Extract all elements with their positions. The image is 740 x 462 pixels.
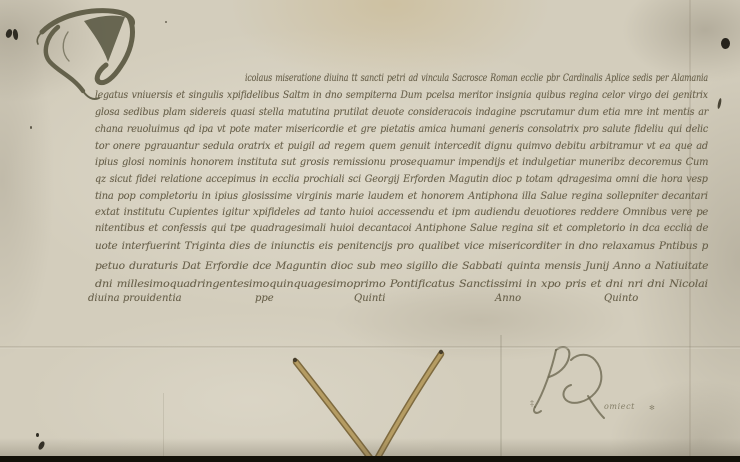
bottom-edge-shadow bbox=[0, 438, 740, 456]
notary-monogram bbox=[0, 0, 740, 462]
parchment-charter-photo: icolaus miseratione diuina tt sancti pet… bbox=[0, 0, 740, 462]
monogram-flourish-left: ‡ bbox=[530, 399, 534, 408]
ink-speck bbox=[165, 21, 167, 23]
photo-bottom-edge bbox=[0, 456, 740, 462]
ink-spot bbox=[36, 433, 39, 437]
parchment-hole bbox=[721, 38, 730, 49]
monogram-flourish-right: ✻ bbox=[649, 404, 655, 412]
notary-countersign: omiect bbox=[604, 402, 635, 411]
ink-speck bbox=[30, 126, 32, 129]
